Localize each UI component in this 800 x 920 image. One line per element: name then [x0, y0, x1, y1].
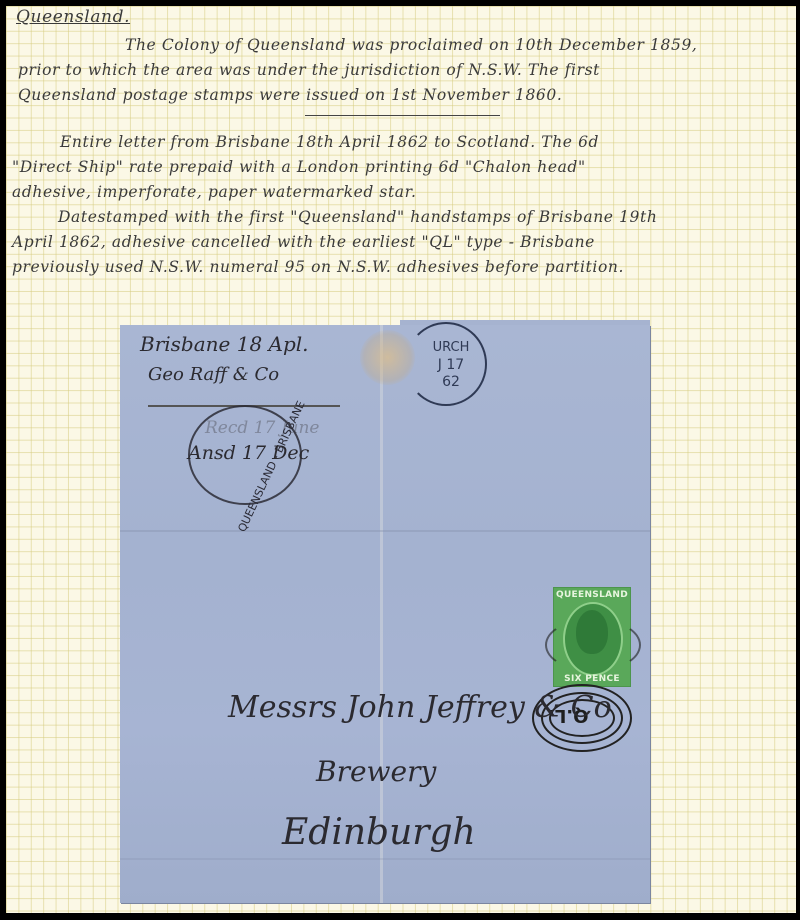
address-line-2: Brewery [316, 755, 436, 788]
description-line-2: "Direct Ship" rate prepaid with a London… [12, 158, 586, 176]
docket-line-2: Geo Raff & Co [148, 364, 279, 385]
description-line-6: previously used N.S.W. numeral 95 on N.S… [12, 258, 624, 276]
page-heading: Queensland. [16, 8, 130, 26]
edinburgh-postmark-year: 62 [420, 374, 482, 390]
intro-line-1: The Colony of Queensland was proclaimed … [125, 36, 697, 54]
description-line-4: Datestamped with the first "Queensland" … [58, 208, 657, 226]
stamp-value: SIX PENCE [554, 674, 630, 684]
intro-line-3: Queensland postage stamps were issued on… [18, 86, 562, 104]
manuscript-answered-note: Ansd 17 Dec [188, 442, 309, 464]
address-line-1: Messrs John Jeffrey & Co [228, 690, 612, 725]
description-line-1: Entire letter from Brisbane 18th April 1… [60, 133, 599, 151]
stamp-country: QUEENSLAND [554, 590, 630, 600]
description-line-5: April 1862, adhesive cancelled with the … [12, 233, 595, 251]
letter-fold-bottom [120, 858, 650, 860]
intro-line-2: prior to which the area was under the ju… [18, 61, 600, 79]
stamp-cancel-partial [545, 618, 641, 672]
docket-line-1: Brisbane 18 Apl. [140, 332, 309, 356]
edinburgh-postmark-date: J 17 [420, 357, 482, 373]
description-line-3: adhesive, imperforate, paper watermarked… [12, 183, 416, 201]
edinburgh-postmark-town: URCH [420, 340, 482, 355]
letter-fold-horizontal [120, 530, 650, 532]
divider-line [305, 115, 500, 116]
address-line-3: Edinburgh [282, 812, 476, 853]
